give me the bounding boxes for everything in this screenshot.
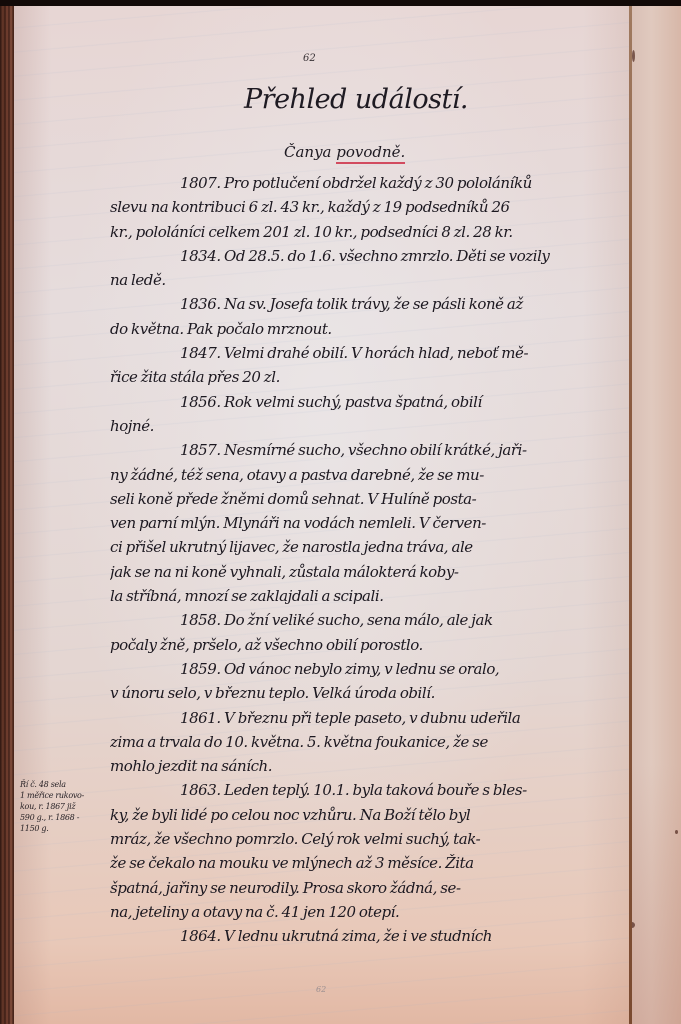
text-line: 1861. V březnu při teple paseto, v dubnu… [110,706,608,730]
book-gutter [629,5,632,1024]
document-scan: 62 Přehled událostí. Čanya povodně. 1807… [0,0,681,1024]
page-number: 62 [303,53,316,64]
text-line: 1834. Od 28.5. do 1.6. všechno zmrzlo. D… [110,244,608,268]
text-line: počaly žně, pršelo, až všechno obilí por… [110,633,608,657]
text-line: ci přišel ukrutný lijavec, že narostla j… [110,535,608,559]
page-title: Přehled událostí. [244,84,468,115]
text-line: špatná, jařiny se neurodily. Prosa skoro… [110,876,608,900]
text-line: kr., pololáníci celkem 201 zl. 10 kr., p… [110,220,608,244]
text-line: ny žádné, též sena, otavy a pastva dareb… [110,463,608,487]
section-heading: Čanya povodně. [284,143,405,161]
margin-note: Ří č. 48 sela 1 měřice rukovo- kou, r. 1… [20,779,110,834]
text-line: jak se na ni koně vyhnali, zůstala málok… [110,560,608,584]
text-line: 1857. Nesmírné sucho, všechno obilí krát… [110,438,608,462]
text-line: že se čekalo na mouku ve mlýnech až 3 mě… [110,851,608,875]
text-line: na, jeteliny a otavy na č. 41 jen 120 ot… [110,900,608,924]
text-line: slevu na kontribuci 6 zl. 43 kr., každý … [110,195,608,219]
book-page-edges [0,0,14,1024]
text-line: hojné. [110,414,608,438]
text-line: v únoru selo, v březnu teplo. Velká úrod… [110,681,608,705]
text-line: do května. Pak počalo mrznout. [110,317,608,341]
ink-spot [675,830,678,834]
text-line: seli koně přede žněmi domů sehnat. V Hul… [110,487,608,511]
text-line: 1807. Pro potlučení obdržel každý z 30 p… [110,171,608,195]
text-line: na ledě. [110,268,608,292]
text-line: 1859. Od vánoc nebylo zimy, v lednu se o… [110,657,608,681]
text-line: mráz, že všechno pomrzlo. Celý rok velmi… [110,827,608,851]
text-line: 1858. Do žní veliké sucho, sena málo, al… [110,608,608,632]
text-line: 1856. Rok velmi suchý, pastva špatná, ob… [110,390,608,414]
top-shadow [0,0,681,6]
section-heading-prefix: Čanya [284,143,336,161]
text-line: řice žita stála přes 20 zl. [110,365,608,389]
text-line: ven parní mlýn. Mlynáři na vodách nemlel… [110,511,608,535]
margin-note-line: kou, r. 1867 již [20,801,110,812]
ink-spot [632,50,635,62]
section-heading-underlined: povodně. [336,143,405,164]
text-line: la stříbná, mnozí se zaklajdali a scipal… [110,584,608,608]
text-line: 1847. Velmi drahé obilí. V horách hlad, … [110,341,608,365]
margin-note-line: 590 g., r. 1868 - [20,812,110,823]
text-line: ky, že byli lidé po celou noc vzhůru. Na… [110,803,608,827]
footer-page-number: 62 [316,985,326,994]
margin-note-line: Ří č. 48 sela [20,779,110,790]
text-line: 1863. Leden teplý. 10.1. byla taková bou… [110,778,608,802]
facing-page-edge [632,5,681,1024]
text-line: 1836. Na sv. Josefa tolik trávy, že se p… [110,292,608,316]
margin-note-line: 1 měřice rukovo- [20,790,110,801]
text-line: zima a trvala do 10. května. 5. května f… [110,730,608,754]
text-line: mohlo jezdit na sáních. [110,754,608,778]
text-line: 1864. V lednu ukrutná zima, že i ve stud… [110,924,608,948]
margin-note-line: 1150 g. [20,823,110,834]
chronicle-body: 1807. Pro potlučení obdržel každý z 30 p… [110,171,608,949]
